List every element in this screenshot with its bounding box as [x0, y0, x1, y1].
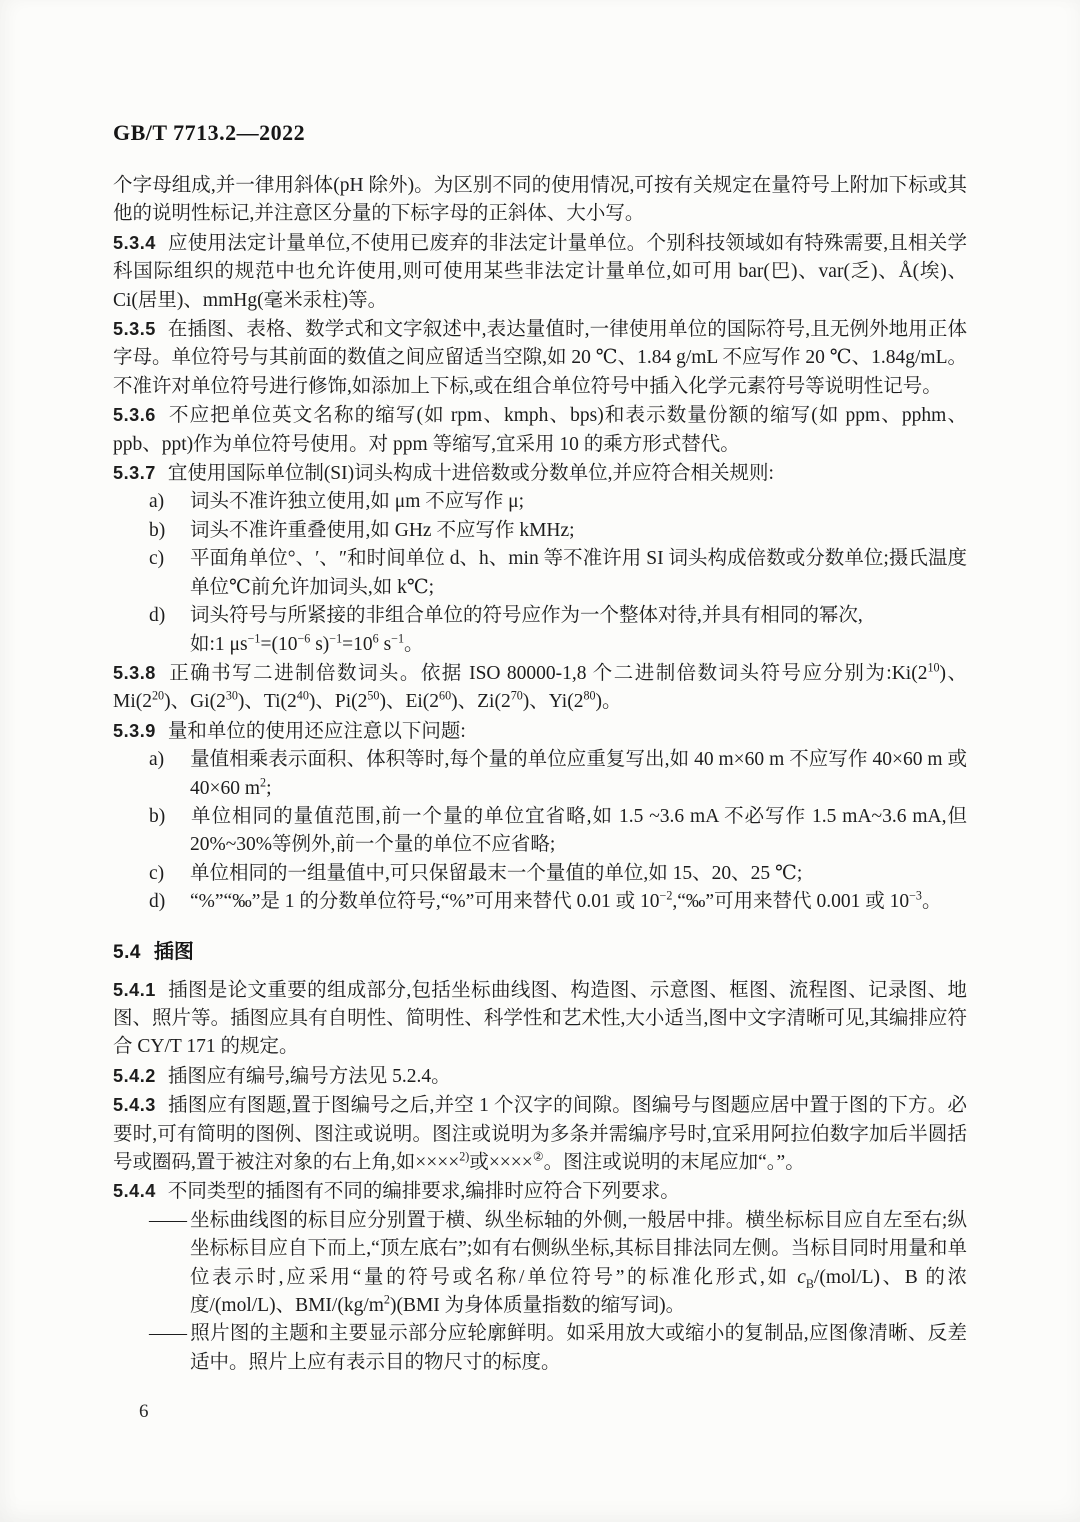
paragraph-list: a)词头不准许独立使用,如 μm 不应写作 μ;	[113, 488, 967, 516]
paragraph-5.4.1: 5.4.1插图是论文重要的组成部分,包括坐标曲线图、构造图、示意图、框图、流程图…	[113, 976, 967, 1062]
paragraph-list: d)“%”“‰”是 1 的分数单位符号,“%”可用来替代 0.01 或 10−2…	[113, 888, 967, 916]
paragraph-5.3.5: 5.3.5在插图、表格、数学式和文字叙述中,表达量值时,一律使用单位的国际符号,…	[113, 315, 967, 401]
running-header: GB/T 7713.2—2022	[113, 120, 967, 146]
document-page: GB/T 7713.2—2022 个字母组成,并一律用斜体(pH 除外)。为区别…	[0, 0, 1080, 1522]
paragraph-5.3.7: 5.3.7宜使用国际单位制(SI)词头构成十进倍数或分数单位,并应符合相关规则:	[113, 459, 967, 488]
paragraph-list: b)单位相同的量值范围,前一个量的单位宜省略,如 1.5 ~3.6 mA 不必写…	[113, 803, 967, 860]
paragraph-5.3.9: 5.3.9量和单位的使用还应注意以下问题:	[113, 717, 967, 746]
paragraph-list: a)量值相乘表示面积、体积等时,每个量的单位应重复写出,如 40 m×60 m …	[113, 746, 967, 803]
paragraph-5.4.3: 5.4.3插图应有图题,置于图编号之后,并空 1 个汉字的间隙。图编号与图题应居…	[113, 1091, 967, 1177]
paragraph-plain: 个字母组成,并一律用斜体(pH 除外)。为区别不同的使用情况,可按有关规定在量符…	[113, 172, 967, 229]
paragraph-5.4.2: 5.4.2插图应有编号,编号方法见 5.2.4。	[113, 1062, 967, 1091]
document-body: 个字母组成,并一律用斜体(pH 除外)。为区别不同的使用情况,可按有关规定在量符…	[113, 172, 967, 1377]
paragraph-dash: ——坐标曲线图的标目应分别置于横、纵坐标轴的外侧,一般居中排。横坐标标目应自左至…	[113, 1207, 967, 1321]
page-number: 6	[113, 1401, 967, 1423]
paragraph-list-cont: 如:1 μs−1=(10−6 s)−1=106 s−1。	[113, 631, 967, 659]
paragraph-list: b)词头不准许重叠使用,如 GHz 不应写作 kMHz;	[113, 517, 967, 545]
paragraph-5.3.8: 5.3.8正确书写二进制倍数词头。依据 ISO 80000-1,8 个二进制倍数…	[113, 659, 967, 717]
paragraph-dash: ——照片图的主题和主要显示部分应轮廓鲜明。如采用放大或缩小的复制品,应图像清晰、…	[113, 1320, 967, 1377]
paragraph-list: c)平面角单位°、′、″和时间单位 d、h、min 等不准许用 SI 词头构成倍…	[113, 545, 967, 602]
paragraph-5.4: 5.4插图	[113, 935, 967, 964]
paragraph-list: d)词头符号与所紧接的非组合单位的符号应作为一个整体对待,并具有相同的幂次,	[113, 602, 967, 630]
paragraph-list: c)单位相同的一组量值中,可只保留最末一个量值的单位,如 15、20、25 ℃;	[113, 860, 967, 888]
paragraph-5.4.4: 5.4.4不同类型的插图有不同的编排要求,编排时应符合下列要求。	[113, 1177, 967, 1206]
paragraph-5.3.6: 5.3.6不应把单位英文名称的缩写(如 rpm、kmph、bps)和表示数量份额…	[113, 401, 967, 459]
paragraph-5.3.4: 5.3.4应使用法定计量单位,不使用已废弃的非法定计量单位。个别科技领域如有特殊…	[113, 229, 967, 315]
